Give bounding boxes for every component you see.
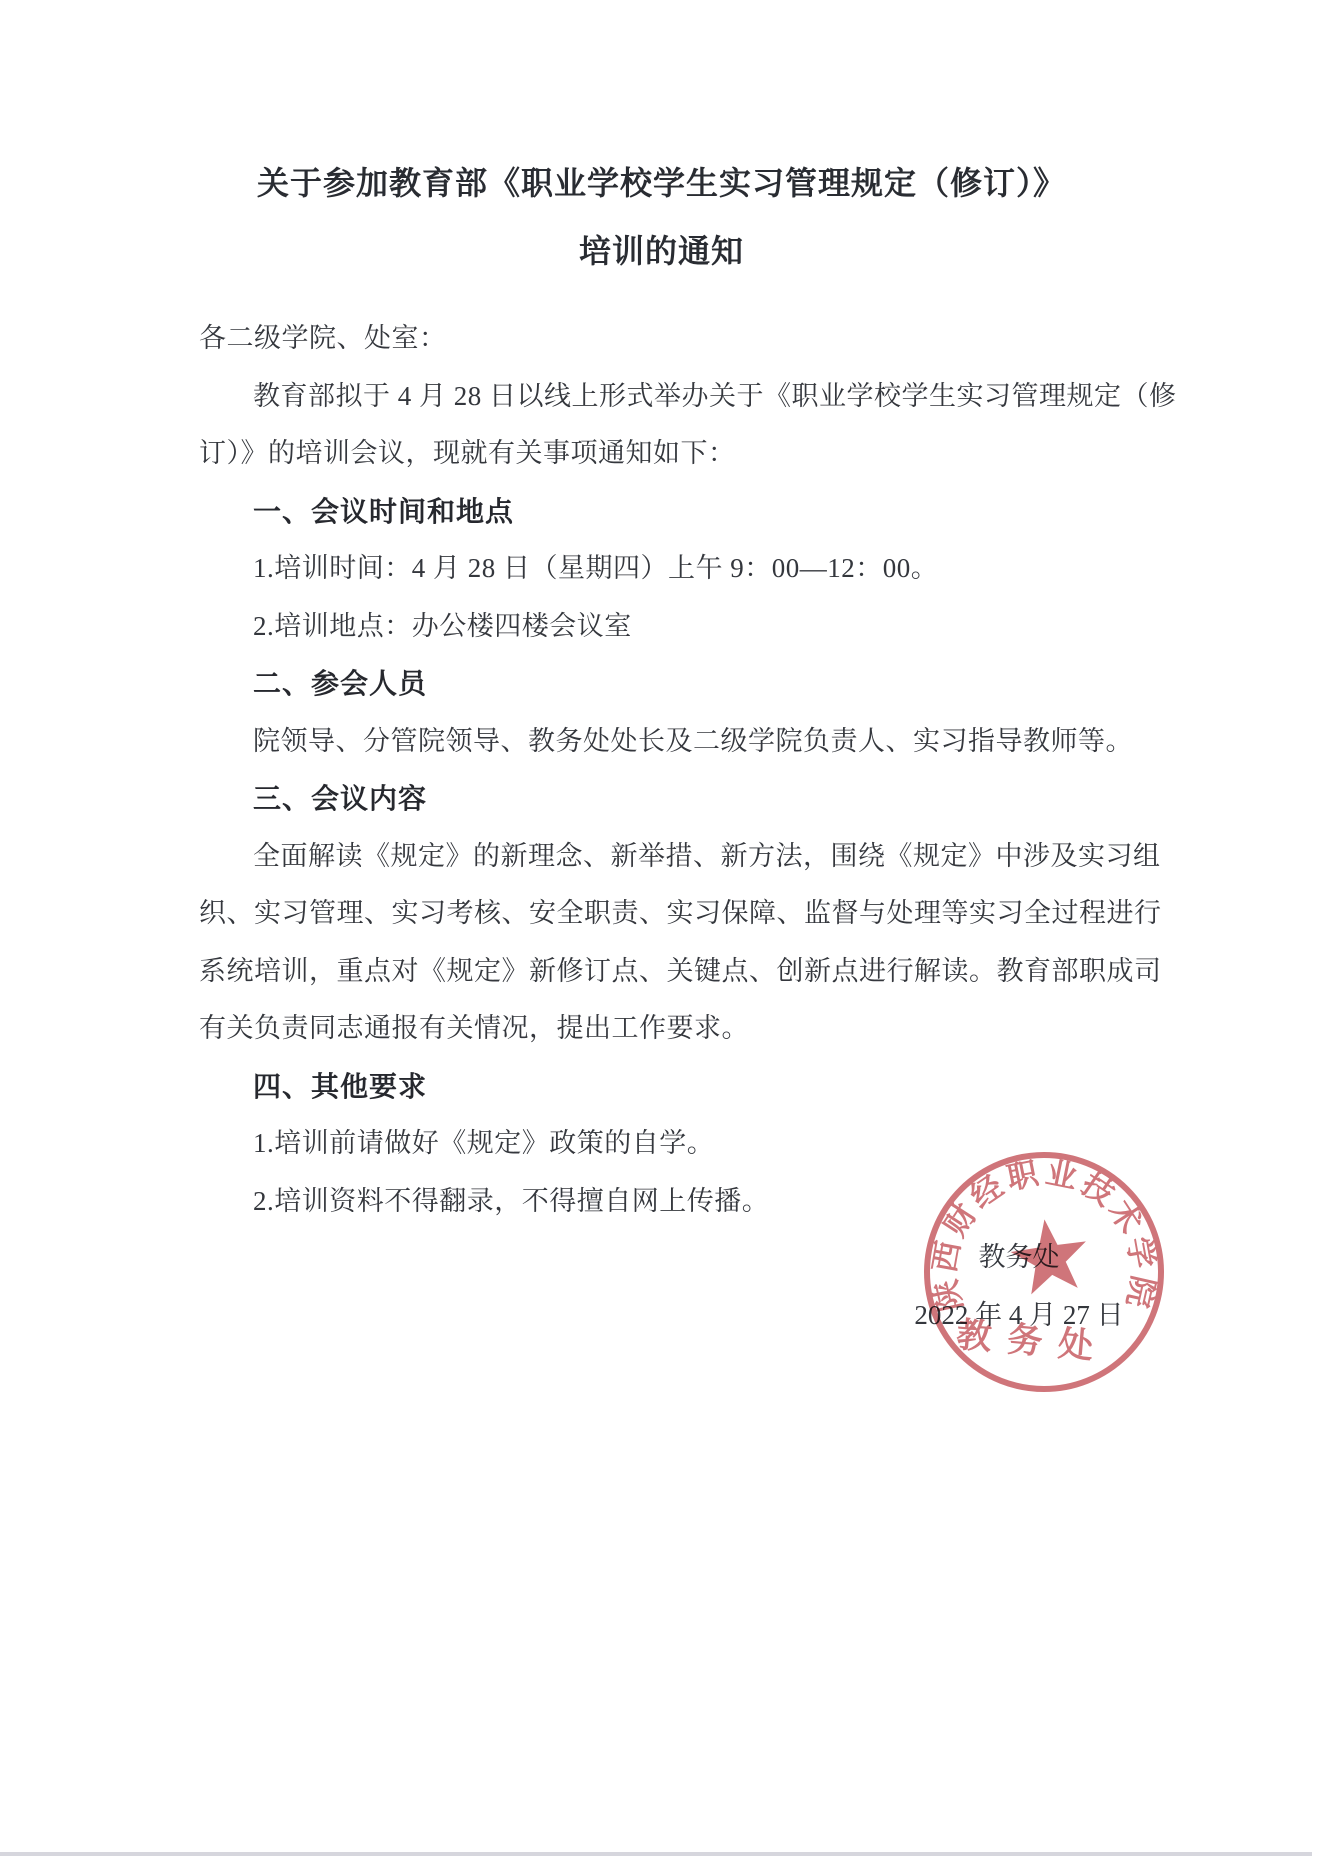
document-title-line2: 培训的通知 [0, 231, 1323, 271]
doc-line: 二、参会人员 [199, 655, 1139, 713]
doc-line: 1.培训前请做好《规定》政策的自学。 [199, 1115, 1139, 1173]
doc-line: 1.培训时间：4 月 28 日（星期四）上午 9：00—12：00。 [199, 540, 1139, 598]
doc-line: 院领导、分管院领导、教务处处长及二级学院负责人、实习指导教师等。 [199, 713, 1139, 771]
doc-line: 各二级学院、处室： [199, 310, 1139, 368]
signature-department: 教务处 [869, 1240, 1169, 1274]
document-page: 关于参加教育部《职业学校学生实习管理规定（修订）》 培训的通知 各二级学院、处室… [0, 0, 1323, 1872]
doc-line: 三、会议内容 [199, 770, 1139, 828]
doc-line: 全面解读《规定》的新理念、新举措、新方法，围绕《规定》中涉及实习组 [199, 828, 1139, 886]
signature-date: 2022 年 4 月 27 日 [869, 1298, 1169, 1332]
page-scan-edge [0, 1852, 1312, 1856]
doc-line: 四、其他要求 [199, 1058, 1139, 1116]
doc-line: 系统培训，重点对《规定》新修订点、关键点、创新点进行解读。教育部职成司 [199, 943, 1139, 1001]
doc-line: 织、实习管理、实习考核、安全职责、实习保障、监督与处理等实习全过程进行 [199, 885, 1139, 943]
doc-line: 有关负责同志通报有关情况，提出工作要求。 [199, 1000, 1139, 1058]
doc-line: 2.培训地点：办公楼四楼会议室 [199, 598, 1139, 656]
doc-line: 订）》的培训会议，现就有关事项通知如下： [199, 425, 1139, 483]
doc-line: 2.培训资料不得翻录，不得擅自网上传播。 [199, 1173, 1139, 1231]
document-body: 各二级学院、处室：教育部拟于 4 月 28 日以线上形式举办关于《职业学校学生实… [199, 310, 1139, 1230]
document-title-line1: 关于参加教育部《职业学校学生实习管理规定（修订）》 [0, 163, 1323, 203]
doc-line: 教育部拟于 4 月 28 日以线上形式举办关于《职业学校学生实习管理规定（修 [199, 368, 1139, 426]
doc-line: 一、会议时间和地点 [199, 483, 1139, 541]
